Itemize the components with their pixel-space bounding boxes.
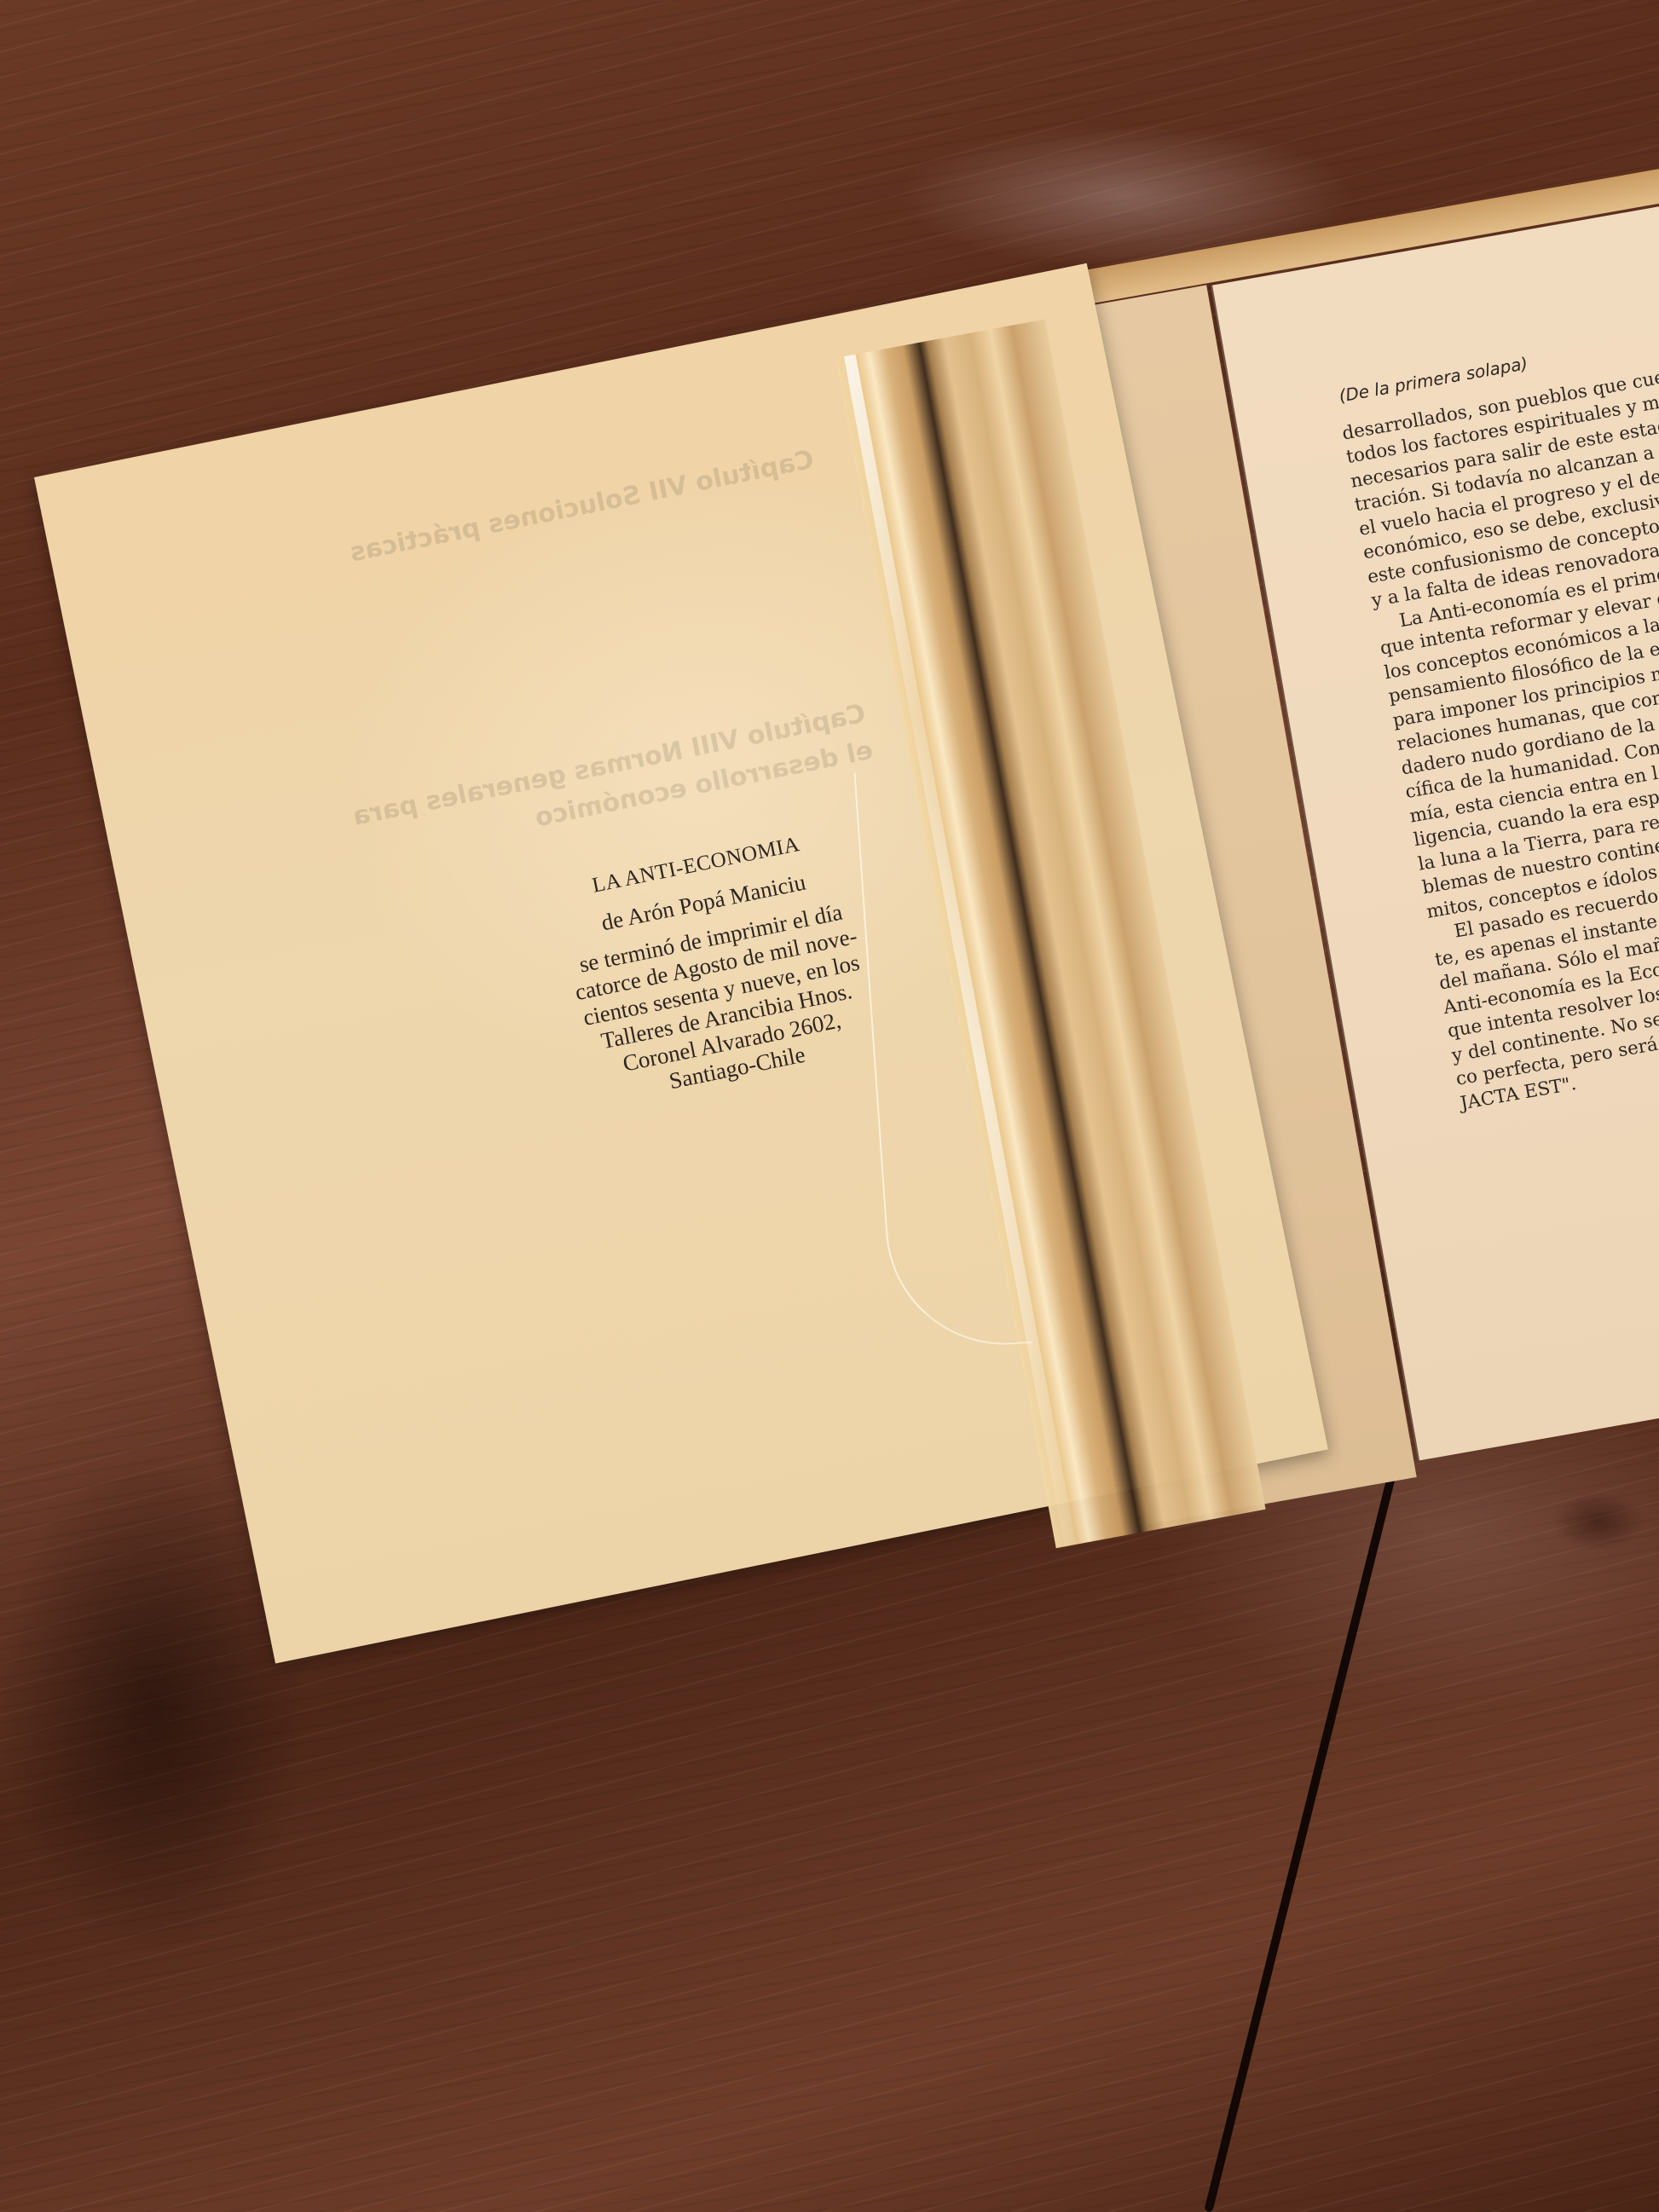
open-book: (De la primera solapa) desarrollados, so… [0, 0, 1659, 2212]
flap-text-block: (De la primera solapa) desarrollados, so… [1333, 293, 1659, 1116]
flap-lines: desarrollados, son pueblos que cuentanto… [1340, 331, 1659, 1117]
